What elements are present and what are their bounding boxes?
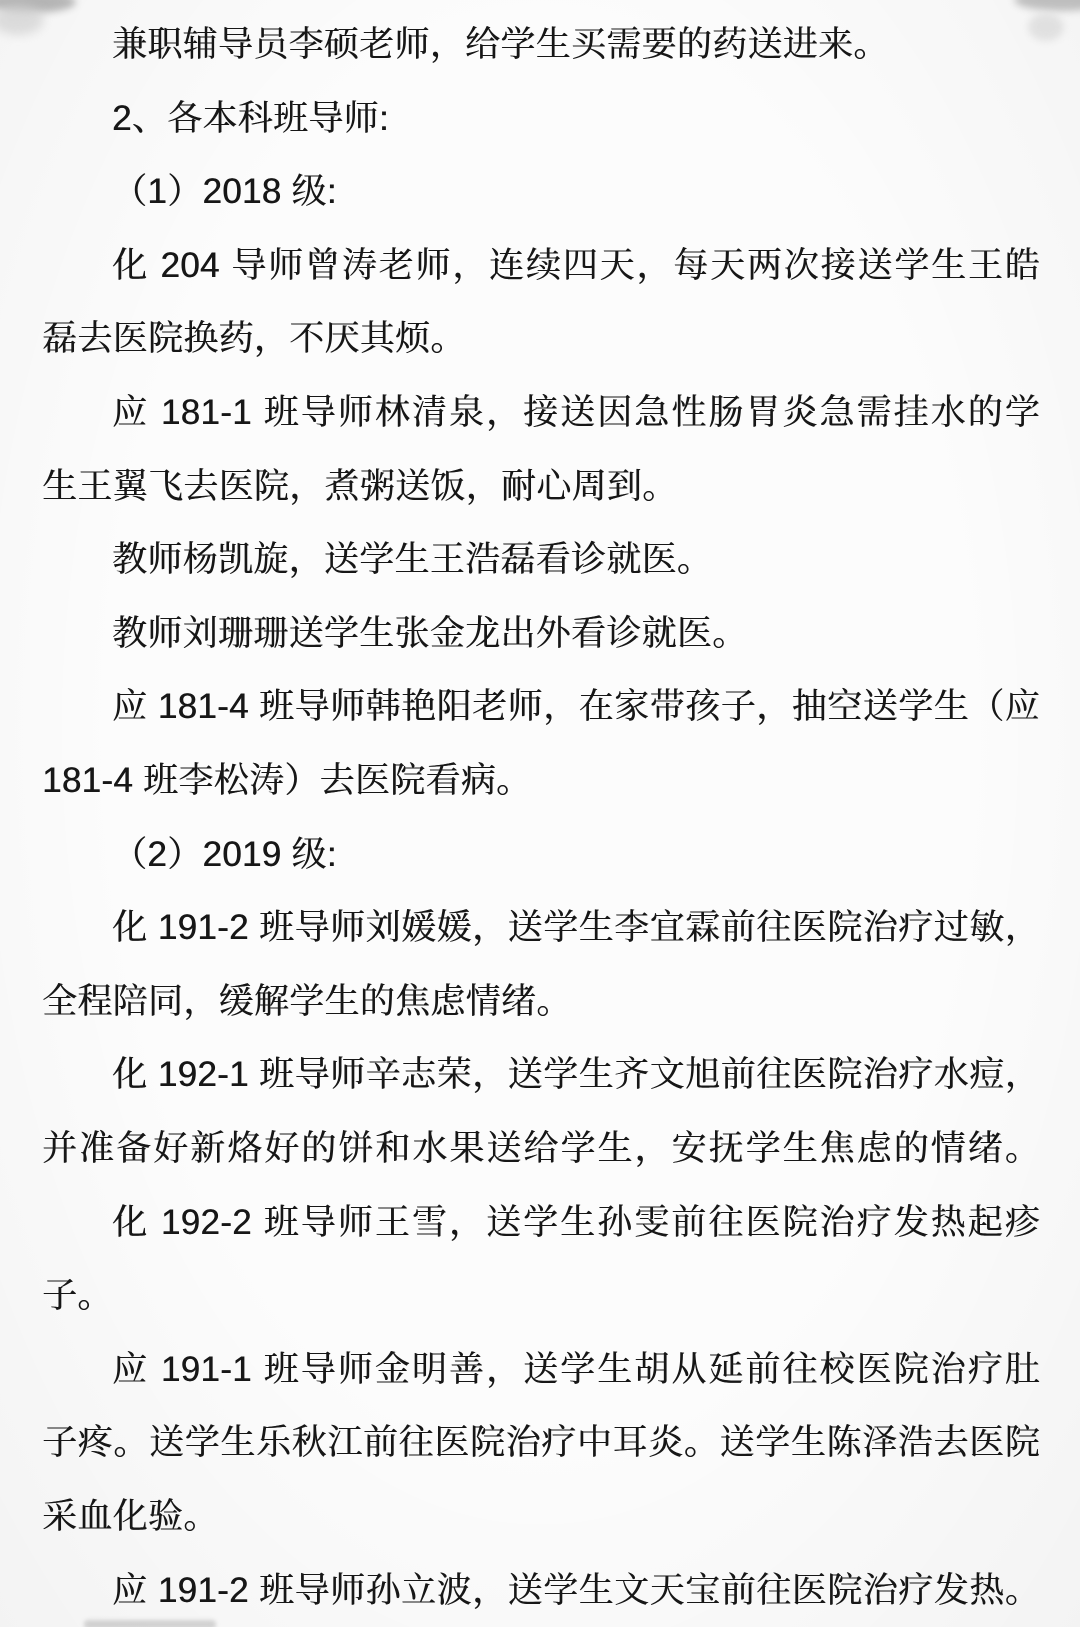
text-line: 化 191-2 班导师刘媛媛，送学生李宜霖前往医院治疗过敏，	[42, 905, 1040, 951]
text-line: 教师刘珊珊送学生张金龙出外看诊就医。	[42, 611, 1040, 657]
text-line: 子疼。送学生乐秋江前往医院治疗中耳炎。送学生陈泽浩去医院	[42, 1420, 1040, 1466]
text-line: 子。	[42, 1273, 1040, 1319]
photo-smudge-top-right-dark	[1014, 0, 1080, 11]
text-line: 化 204 导师曾涛老师，连续四天，每天两次接送学生王皓	[42, 243, 1040, 289]
text-line: 应 191-1 班导师金明善，送学生胡从延前往校医院治疗肚	[42, 1347, 1040, 1393]
text-line: （2）2019 级:	[42, 832, 1040, 878]
text-line: 应 181-1 班导师林清泉，接送因急性肠胃炎急需挂水的学	[42, 390, 1040, 436]
text-line: 兼职辅导员李硕老师，给学生买需要的药送进来。	[42, 22, 1040, 68]
document-page: 兼职辅导员李硕老师，给学生买需要的药送进来。2、各本科班导师:（1）2018 级…	[0, 0, 1080, 1627]
text-line: 采血化验。	[42, 1494, 1040, 1540]
photo-smudge-top-left-light	[0, 5, 44, 35]
text-line: （1）2018 级:	[42, 169, 1040, 215]
photo-smudge-top-left-dark	[0, 0, 76, 13]
text-line: 应 181-4 班导师韩艳阳老师，在家带孩子，抽空送学生（应	[42, 684, 1040, 730]
text-line: 181-4 班李松涛）去医院看病。	[42, 758, 1040, 804]
text-line: 并准备好新烙好的饼和水果送给学生，安抚学生焦虑的情绪。	[42, 1126, 1040, 1172]
text-line: 磊去医院换药，不厌其烦。	[42, 316, 1040, 362]
text-line: 应 191-2 班导师孙立波，送学生文天宝前往医院治疗发热。	[42, 1568, 1040, 1614]
text-line: 教师杨凯旋，送学生王浩磊看诊就医。	[42, 537, 1040, 583]
text-line: 全程陪同，缓解学生的焦虑情绪。	[42, 979, 1040, 1025]
text-line: 生王翼飞去医院，煮粥送饭，耐心周到。	[42, 464, 1040, 510]
photo-smudge-bottom-left	[84, 1620, 216, 1627]
text-line: 化 192-1 班导师辛志荣，送学生齐文旭前往医院治疗水痘，	[42, 1052, 1040, 1098]
text-line: 2、各本科班导师:	[42, 96, 1040, 142]
text-line: 化 192-2 班导师王雪，送学生孙雯前往医院治疗发热起疹	[42, 1200, 1040, 1246]
